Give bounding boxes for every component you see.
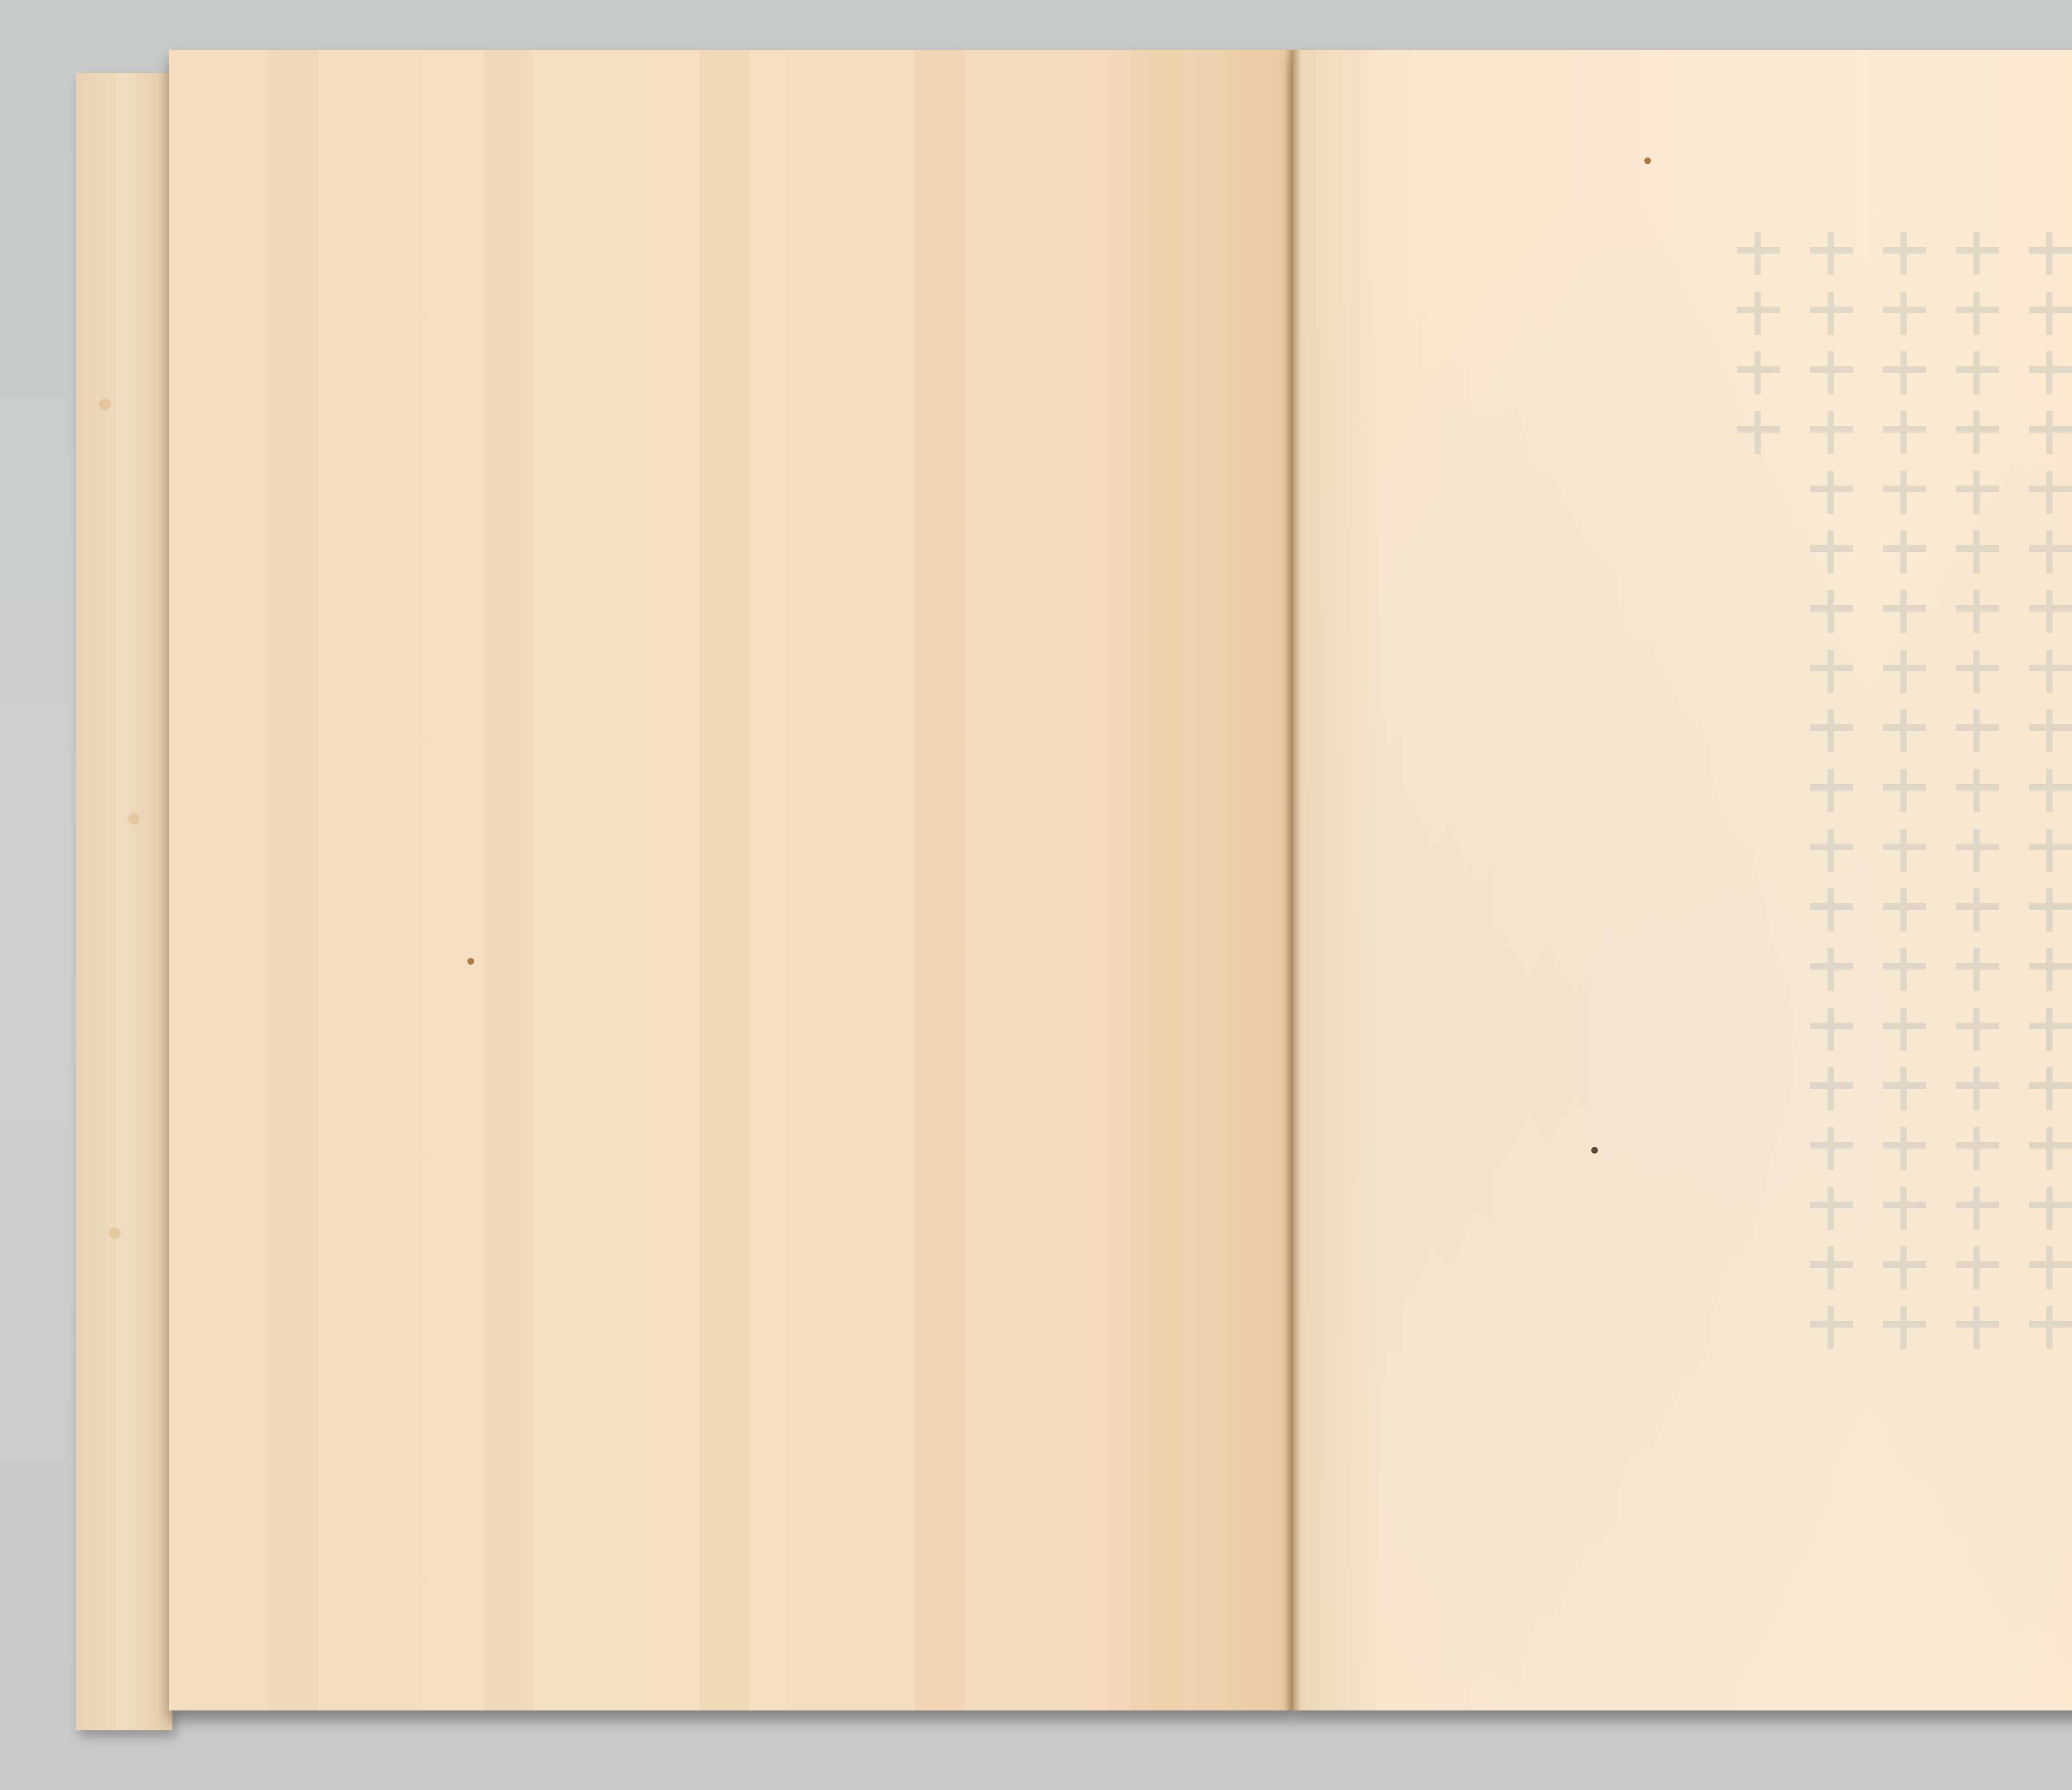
foxing-spot — [1591, 1147, 1598, 1154]
showthrough-column — [2029, 232, 2072, 1459]
showthrough-text — [1737, 232, 2072, 1459]
showthrough-column — [1956, 232, 2002, 1459]
foxing-spot — [1644, 157, 1651, 164]
book-photo — [0, 0, 2072, 1790]
endpaper-strip — [76, 73, 172, 1730]
foxing-spot — [467, 958, 474, 965]
left-page — [169, 50, 1293, 1710]
showthrough-column — [1810, 232, 1857, 1459]
showthrough-column — [1883, 232, 1929, 1459]
book-gutter — [1285, 50, 1301, 1710]
right-page — [1293, 50, 2072, 1710]
showthrough-column — [1737, 232, 1784, 1459]
